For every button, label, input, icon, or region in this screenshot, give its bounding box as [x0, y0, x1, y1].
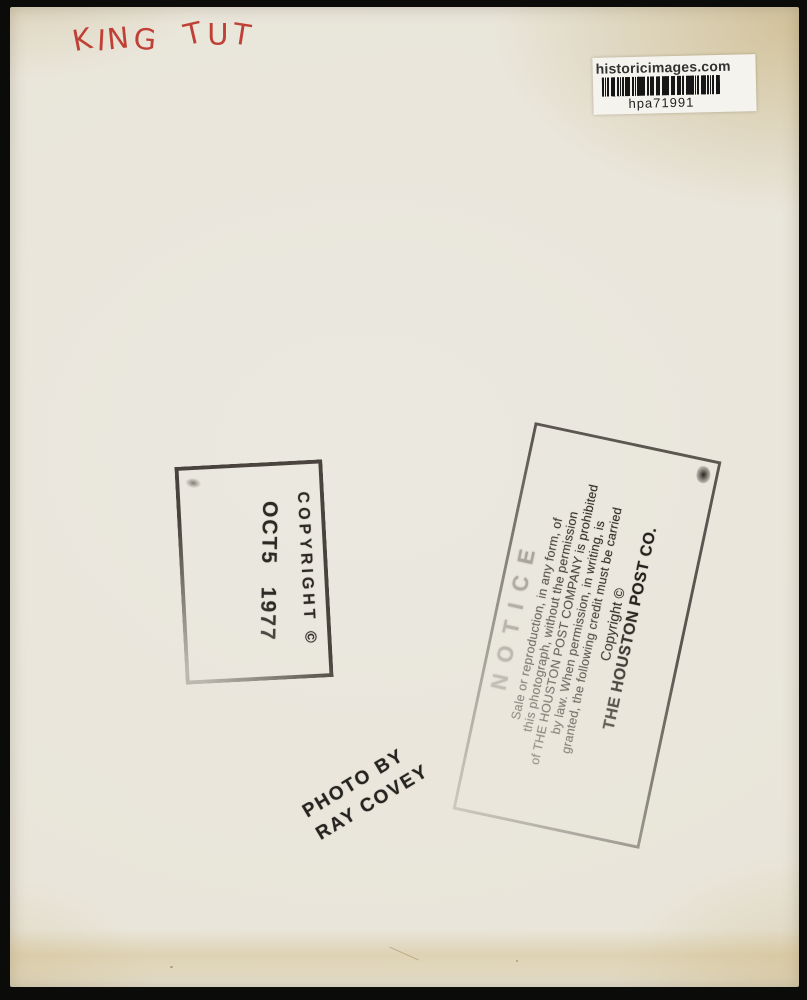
photo-paper: KING TUT historicimages.com hpa71991 COP…: [10, 7, 799, 987]
archive-label: historicimages.com hpa71991: [592, 54, 756, 115]
paper-scratch: [389, 947, 419, 961]
archive-label-content: historicimages.com hpa71991: [595, 55, 726, 112]
archive-label-code: hpa71991: [596, 94, 726, 112]
archive-label-site: historicimages.com: [595, 58, 725, 77]
handwritten-annotation: KING TUT: [60, 9, 290, 63]
scanned-photo-back: KING TUT historicimages.com hpa71991 COP…: [0, 0, 807, 1000]
copyright-stamp-title: COPYRIGHT ©: [291, 464, 320, 675]
photographer-stamp: PHOTO BY RAY COVEY: [298, 710, 482, 852]
paper-speck: [516, 960, 518, 962]
copyright-stamp: COPYRIGHT © OCT5 1977: [174, 459, 333, 684]
age-stain-band: [10, 929, 799, 987]
copyright-stamp-date: OCT5 1977: [254, 466, 282, 676]
paper-speck: [170, 966, 173, 968]
handwritten-title: KING TUT: [69, 12, 257, 63]
ink-smudge: [185, 477, 202, 489]
ink-blob: [695, 465, 712, 485]
notice-stamp: NOTICE Sale or reproduction, in any form…: [452, 422, 721, 849]
